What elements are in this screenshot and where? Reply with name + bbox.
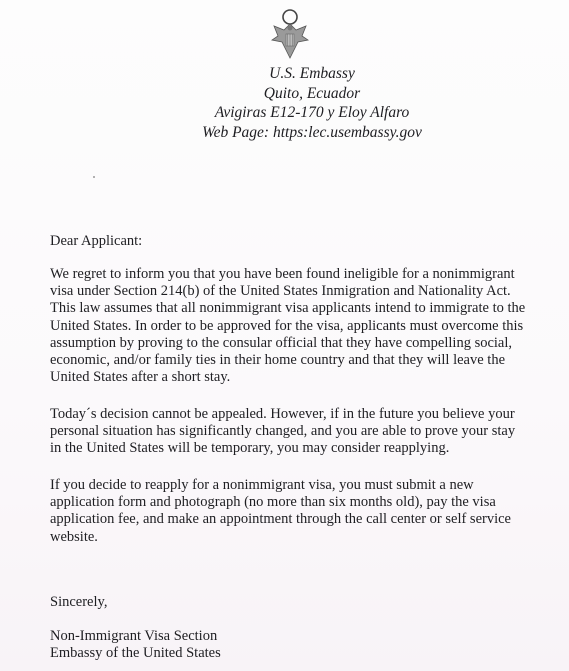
text-line: United States after a short stay. xyxy=(50,369,540,386)
embassy-letterhead: U.S. Embassy Quito, Ecuador Avigiras E12… xyxy=(0,64,569,142)
signature-line-section: Non-Immigrant Visa Section xyxy=(50,628,221,645)
text-line: If you decide to reapply for a nonimmigr… xyxy=(50,477,540,494)
text-line: website. xyxy=(50,529,540,546)
stray-mark xyxy=(93,176,95,178)
letterhead-line-webpage: Web Page: https:lec.usembassy.gov xyxy=(55,123,569,143)
closing: Sincerely, xyxy=(50,594,107,611)
text-line: application form and photograph (no more… xyxy=(50,494,540,511)
text-line: We regret to inform you that you have be… xyxy=(50,266,540,283)
paragraph-reapply: If you decide to reapply for a nonimmigr… xyxy=(50,477,540,546)
us-great-seal-icon xyxy=(262,6,318,62)
text-line: visa under Section 214(b) of the United … xyxy=(50,283,540,300)
text-line: application fee, and make an appointment… xyxy=(50,511,540,528)
salutation: Dear Applicant: xyxy=(50,233,142,250)
text-line: This law assumes that all nonimmigrant v… xyxy=(50,300,540,317)
letterhead-line-embassy: U.S. Embassy xyxy=(55,64,569,84)
text-line: economic, and/or family ties in their ho… xyxy=(50,352,540,369)
paragraph-ineligibility: We regret to inform you that you have be… xyxy=(50,266,540,386)
text-line: Today´s decision cannot be appealed. How… xyxy=(50,406,540,423)
letterhead-line-city: Quito, Ecuador xyxy=(55,84,569,104)
text-line: in the United States will be temporary, … xyxy=(50,440,540,457)
paragraph-appeal: Today´s decision cannot be appealed. How… xyxy=(50,406,540,458)
text-line: United States. In order to be approved f… xyxy=(50,318,540,335)
letterhead-line-address: Avigiras E12-170 y Eloy Alfaro xyxy=(55,103,569,123)
letter-page: U.S. Embassy Quito, Ecuador Avigiras E12… xyxy=(0,0,569,671)
signature-block: Non-Immigrant Visa Section Embassy of th… xyxy=(50,628,221,662)
text-line: assumption by proving to the consular of… xyxy=(50,335,540,352)
text-line: personal situation has significantly cha… xyxy=(50,423,540,440)
signature-line-embassy: Embassy of the United States xyxy=(50,645,221,662)
